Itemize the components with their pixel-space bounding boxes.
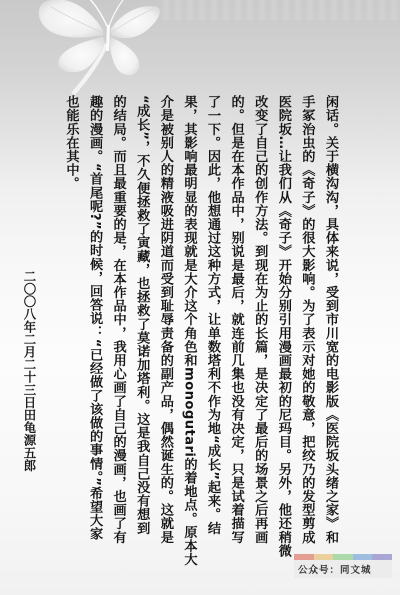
watermark-label: 公众号：同文城 [294, 560, 392, 578]
text-column: 了一下。因此，他想通过这种方式，让单数塔利不作为地“成长”起来。结 [200, 95, 224, 535]
book-page: 闲话。关于横沟沟，具体来说，受到市川宽的电影版《医院坂头绪之家》和 手冢治虫的《… [0, 0, 400, 595]
text-column: 趣的漫画。“首尾呢?”的时候，回答说：“已经做了该做的事情。”希望大家 [82, 95, 106, 535]
text-column: 闲话。关于横沟沟，具体来说，受到市川宽的电影版《医院坂头绪之家》和 [318, 95, 342, 535]
text-column: 手冢治虫的《奇子》的很大影响。为了表示对她的敬意，把绞乃的发型剪成 [295, 95, 319, 535]
text-column: 的结局。而且最重要的是，在本作品中，我用心画了自己的漫画，也画了有 [106, 95, 130, 535]
watermark-color-stripe [294, 554, 392, 560]
text-column: 的。但是在本作品中，别说是最后，就连前几集也没有决定，只是试着描写 [224, 95, 248, 535]
text-column: 果，其影响最明显的表现就是大介这个角色和monogutari的着地点。原本大 [177, 95, 201, 535]
text-column: 医院坂…让我们从《奇子》开始分别引用漫画最初的尼玛目。另外，他还稍微 [271, 95, 295, 535]
afterword-text: 闲话。关于横沟沟，具体来说，受到市川宽的电影版《医院坂头绪之家》和 手冢治虫的《… [59, 95, 342, 535]
text-column: 介是被别人的精液吸进阴道而受到耻辱责备的副产品，偶然诞生的。这就是 [153, 95, 177, 535]
text-column: “成长”，不久便拯救了寅藏，也拯救了莫诺加塔利。这是我自己没有想到 [130, 95, 154, 535]
stripe-segment [314, 554, 334, 560]
stripe-segment [294, 554, 314, 560]
butterfly-icon [25, 0, 160, 100]
stripe-segment [353, 554, 373, 560]
stripe-segment [372, 554, 392, 560]
stripe-segment [333, 554, 353, 560]
watermark: 公众号：同文城 [294, 554, 392, 578]
text-column: 改变了自己的创作方法。到现在为止的长篇，是决定了最后的场景之后再画 [248, 95, 272, 535]
signature-date-author: 二〇〇八年二月二十三日田龟源五郎 [20, 270, 38, 472]
text-column: 也能乐在其中。 [59, 95, 83, 535]
top-texture [160, 0, 400, 20]
